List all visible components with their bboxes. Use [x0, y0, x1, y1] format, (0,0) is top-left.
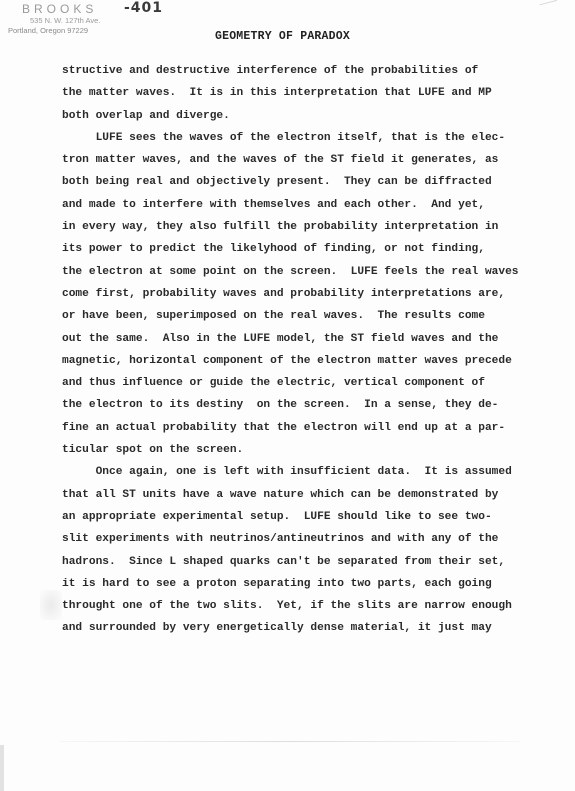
text-line: the matter waves. It is in this interpre… — [62, 82, 562, 104]
text-line: the electron to its destiny on the scree… — [62, 394, 562, 416]
document-body: structive and destructive interference o… — [62, 60, 562, 640]
scan-edge — [0, 745, 4, 791]
text-line: both being real and objectively present.… — [62, 171, 562, 193]
text-line: and surrounded by very energetically den… — [62, 617, 562, 639]
text-line: it is hard to see a proton separating in… — [62, 573, 562, 595]
text-line: its power to predict the likelyhood of f… — [62, 238, 562, 260]
text-line: in every way, they also fulfill the prob… — [62, 216, 562, 238]
document-title: GEOMETRY OF PARADOX — [215, 30, 350, 43]
paper-edge-line — [60, 741, 520, 742]
text-line: structive and destructive interference o… — [62, 60, 562, 82]
text-line: LUFE sees the waves of the electron itse… — [62, 127, 562, 149]
text-line: both overlap and diverge. — [62, 105, 562, 127]
text-line: tron matter waves, and the waves of the … — [62, 149, 562, 171]
text-line: ticular spot on the screen. — [62, 439, 562, 461]
text-line: that all ST units have a wave nature whi… — [62, 484, 562, 506]
text-line: fine an actual probability that the elec… — [62, 417, 562, 439]
text-line: Once again, one is left with insufficien… — [62, 461, 562, 483]
text-line: and thus influence or guide the electric… — [62, 372, 562, 394]
stamp-address: 535 N. W. 127th Ave. — [30, 16, 100, 25]
text-line: and made to interfere with themselves an… — [62, 194, 562, 216]
document-page: BROOKS -401 535 N. W. 127th Ave. Portlan… — [0, 0, 575, 791]
paper-smudge — [40, 590, 62, 620]
stamp-name: BROOKS — [22, 2, 97, 16]
text-line: magnetic, horizontal component of the el… — [62, 350, 562, 372]
text-line: hadrons. Since L shaped quarks can't be … — [62, 551, 562, 573]
text-line: an appropriate experimental setup. LUFE … — [62, 506, 562, 528]
corner-mark — [539, 0, 558, 11]
text-line: come first, probability waves and probab… — [62, 283, 562, 305]
text-line: the electron at some point on the screen… — [62, 261, 562, 283]
stamp-city: Portland, Oregon 97229 — [8, 26, 88, 35]
text-line: slit experiments with neutrinos/antineut… — [62, 528, 562, 550]
page-number-handwritten: -401 — [124, 0, 163, 16]
text-line: throught one of the two slits. Yet, if t… — [62, 595, 562, 617]
text-line: or have been, superimposed on the real w… — [62, 305, 562, 327]
text-line: out the same. Also in the LUFE model, th… — [62, 328, 562, 350]
